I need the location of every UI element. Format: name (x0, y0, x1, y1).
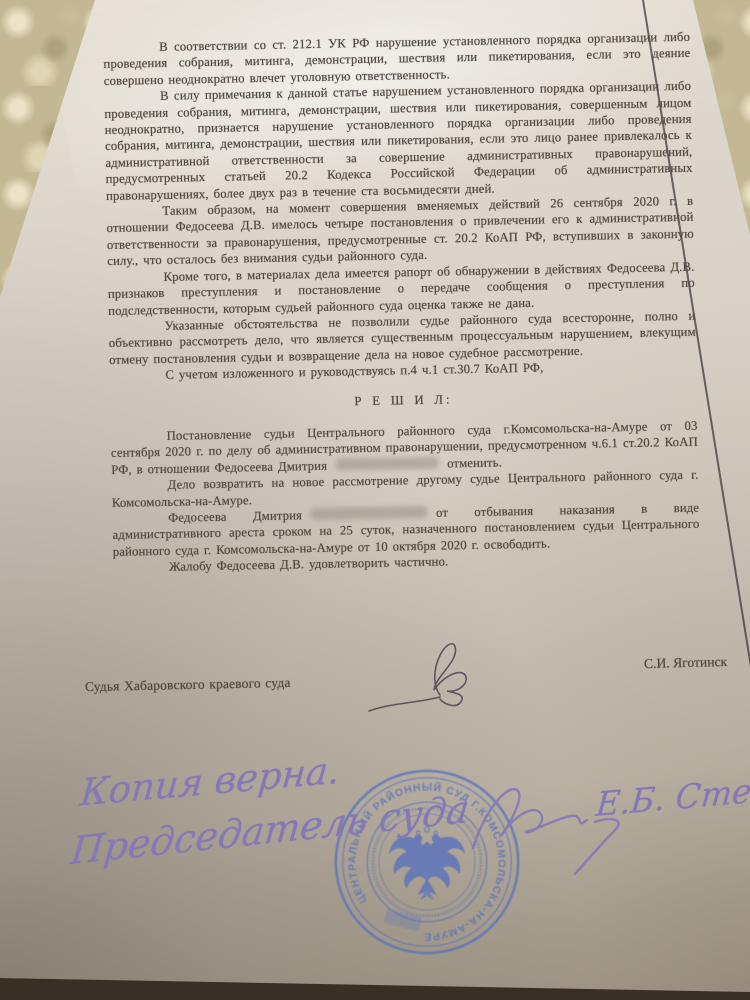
court-decision-text: В соответствии со ст. 212.1 УК РФ наруше… (103, 29, 700, 577)
judge-name: С.И. Яготинск (644, 654, 728, 672)
resolution-1-tail: отменить. (447, 455, 502, 470)
paper-sheet: В соответствии со ст. 212.1 УК РФ наруше… (0, 0, 750, 1000)
chairman-signature-ink (455, 770, 665, 880)
resolution-3-text: Федосеева Дмитрия (168, 508, 302, 525)
judge-signature-ink (355, 633, 495, 723)
paragraph-statute-note: В силу примечания к данной статье наруше… (104, 78, 693, 204)
decision-heading: Р Е Ш И Л: (110, 386, 697, 414)
paragraph-facts: Таким образом, на момент совершения вмен… (106, 193, 694, 270)
judge-title: Судья Хабаровского краевого суда (85, 675, 291, 695)
redaction-blur (335, 456, 439, 470)
redaction-blur (310, 506, 428, 520)
photo-of-court-document: { "photo": { "colors": { "paper": "#d6cf… (0, 0, 750, 1000)
seal-number-patch (384, 909, 423, 932)
